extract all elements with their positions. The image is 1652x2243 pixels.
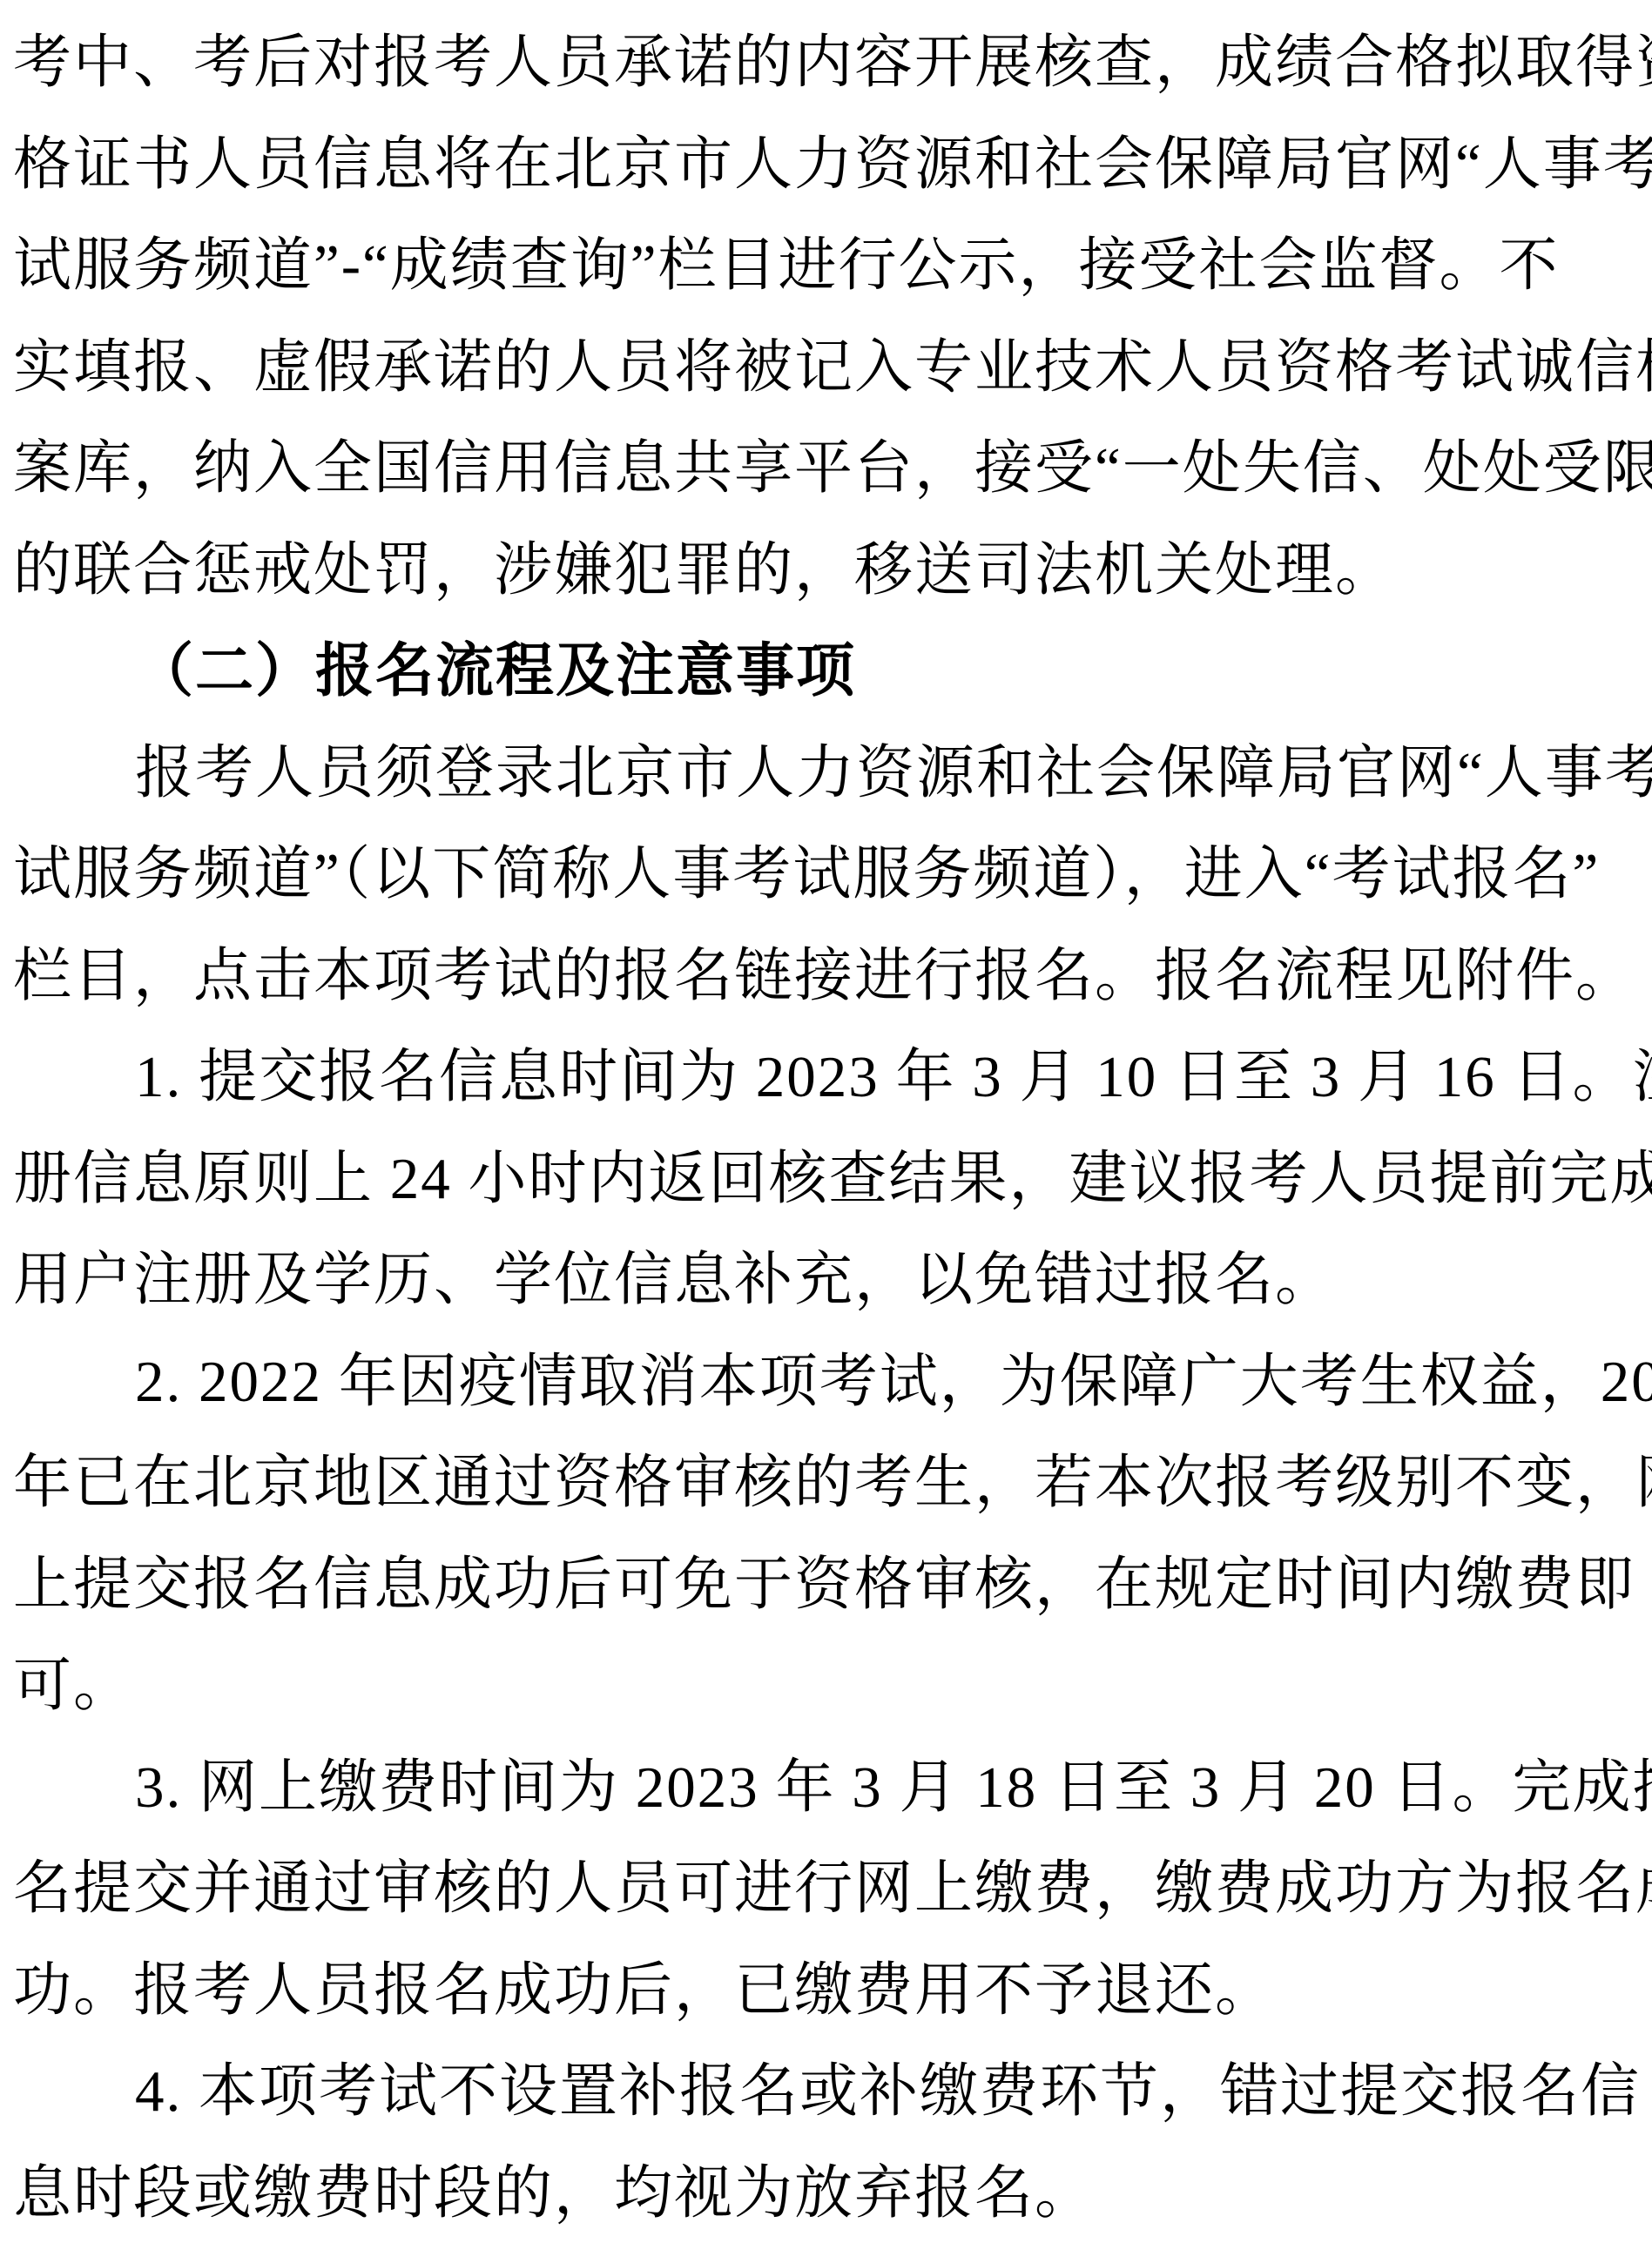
numbered-item-3-line: 3. 网上缴费时间为 2023 年 3 月 18 日至 3 月 20 日。完成报 [13,1737,1643,1839]
text-line: 册信息原则上 24 小时内返回核查结果，建议报考人员提前完成 [13,1128,1643,1230]
text-line: 实填报、虚假承诺的人员将被记入专业技术人员资格考试诚信档 [13,317,1643,419]
document-page: 考中、考后对报考人员承诺的内容开展核查，成绩合格拟取得资 格证书人员信息将在北京… [0,0,1652,2243]
text-line: 上提交报名信息成功后可免于资格审核，在规定时间内缴费即 [13,1534,1643,1636]
section-heading: （二）报名流程及注意事项 [13,621,1643,723]
numbered-item-1-line: 1. 提交报名信息时间为 2023 年 3 月 10 日至 3 月 16 日。注 [13,1027,1643,1128]
text-line: 案库，纳入全国信用信息共享平台，接受“一处失信、处处受限” [13,418,1643,520]
text-line: 年已在北京地区通过资格审核的考生，若本次报考级别不变，网 [13,1432,1643,1534]
text-line: 栏目，点击本项考试的报名链接进行报名。报名流程见附件。 [13,926,1643,1027]
text-line: 试服务频道”-“成绩查询”栏目进行公示，接受社会监督。不 [13,215,1643,317]
text-line: 功。报考人员报名成功后，已缴费用不予退还。 [13,1940,1643,2042]
text-line: 可。 [13,1635,1643,1737]
text-line: 试服务频道”（以下简称人事考试服务频道），进入“考试报名” [13,824,1643,926]
text-line: 格证书人员信息将在北京市人力资源和社会保障局官网“人事考 [13,114,1643,216]
text-line: 名提交并通过审核的人员可进行网上缴费，缴费成功方为报名成 [13,1838,1643,1940]
document-text-block: 考中、考后对报考人员承诺的内容开展核查，成绩合格拟取得资 格证书人员信息将在北京… [13,12,1643,2243]
text-line: 息时段或缴费时段的，均视为放弃报名。 [13,2143,1643,2243]
numbered-item-4-line: 4. 本项考试不设置补报名或补缴费环节，错过提交报名信 [13,2041,1643,2143]
numbered-item-2-line: 2. 2022 年因疫情取消本项考试，为保障广大考生权益，2022 [13,1331,1643,1433]
text-line: 的联合惩戒处罚，涉嫌犯罪的，移送司法机关处理。 [13,520,1643,622]
text-line: 用户注册及学历、学位信息补充，以免错过报名。 [13,1229,1643,1331]
text-line: 考中、考后对报考人员承诺的内容开展核查，成绩合格拟取得资 [13,12,1643,114]
paragraph-start-line: 报考人员须登录北京市人力资源和社会保障局官网“人事考 [13,723,1643,825]
